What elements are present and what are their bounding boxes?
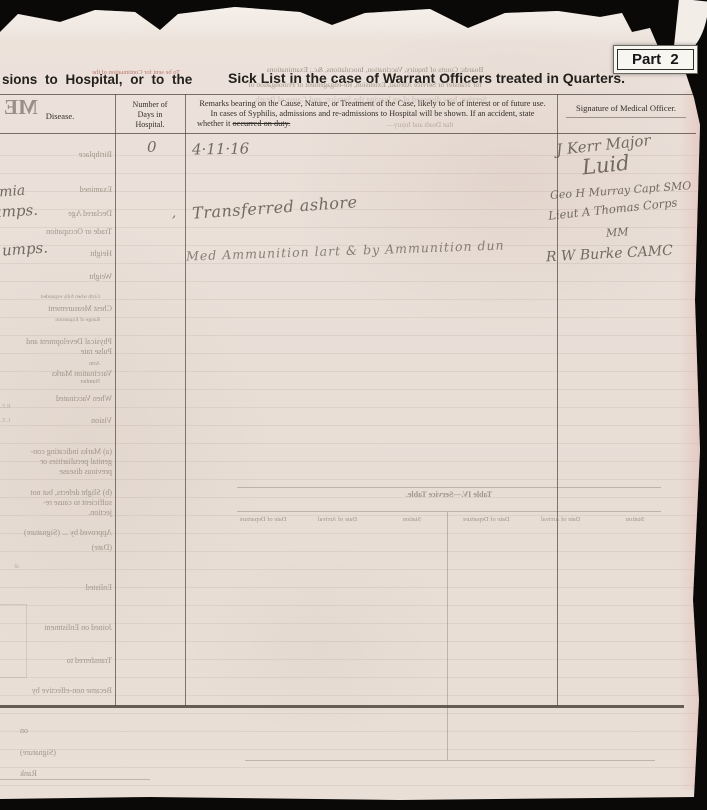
col-divider-days-remarks [185, 94, 186, 706]
verso-label: Chest Measurement [0, 304, 112, 313]
scanned-document: sions to Hospital, or to the Sick List i… [0, 0, 707, 810]
verso-label: Enlisted [0, 583, 112, 592]
verso-label: Number [0, 379, 100, 386]
days-column-header: Number of Days in Hospital. [124, 100, 176, 130]
verso-label: (b) Slight defects, but not [0, 488, 112, 497]
bleedthrough-vline [447, 512, 448, 760]
bleedthrough-line [237, 511, 661, 512]
table-top-border [0, 94, 696, 95]
verso-label: sufficient to cause re- [0, 498, 112, 507]
verso-label: Vaccination Marks [0, 369, 112, 378]
verso-label: Range of Expansion [0, 317, 100, 323]
bleedthrough-boards-line: Boards; Courts of Inquiry, Vaccination, … [225, 66, 525, 75]
verso-label: Height [0, 249, 112, 258]
verso-table-iv-col: Date of Departure [237, 516, 289, 524]
verso-label: (a) Marks indicating con- [0, 447, 112, 456]
verso-label: Approved by ... (Signature) [0, 528, 112, 537]
verso-label: (Date) [0, 543, 112, 552]
signature-header-underline [566, 117, 686, 118]
verso-label: Weight [0, 272, 112, 281]
bleedthrough-line [0, 779, 150, 780]
remarks-line3-prefix: whether it [197, 119, 232, 128]
signature-kerr-flourish: Luid [581, 151, 631, 180]
bleedthrough-transfer-line: for Transfer or Service Abroad, Extensio… [195, 81, 535, 90]
verso-label: genital peculiarities or [0, 457, 112, 466]
verso-label: Trade or Occupation [0, 227, 112, 236]
paper-edge-shading [679, 90, 703, 790]
verso-label: Girth when fully expanded [0, 294, 100, 300]
verso-table-iv-title: Table IV.—Service Table. [237, 490, 661, 499]
bleedthrough-death-line: that Death and Injury— [355, 121, 485, 129]
verso-label: Birthplace [0, 150, 112, 159]
verso-label: Became non-effective by [0, 686, 112, 695]
remarks-header-line3: whether it occurred on duty. [197, 119, 290, 129]
verso-label: Joined on Enlistment [0, 623, 112, 632]
bleedthrough-line [245, 760, 655, 761]
bleedthrough-line [237, 487, 661, 488]
verso-label: (Signature) [20, 748, 90, 757]
verso-fragment-le: L.E. [0, 418, 10, 425]
verso-table-iv-col: Date of Arrival [535, 516, 587, 524]
verso-table-iv-headers: Station Date of Arrival Date of Departur… [237, 516, 661, 524]
verso-table-iv-col: Date of Arrival [311, 516, 363, 524]
verso-label: Declared Age [0, 209, 112, 218]
verso-fragment-at: at [14, 562, 19, 570]
header-row-border [0, 133, 696, 134]
verso-label: Vision [0, 416, 112, 425]
col-divider-remarks-signature [557, 94, 558, 706]
col-divider-disease-days [115, 94, 116, 706]
disease-column-header: Disease. [20, 111, 100, 122]
verso-fragment-re: R.E. [0, 404, 11, 411]
verso-label: jection. [0, 508, 112, 517]
signature-column-header: Signature of Medical Officer. [560, 103, 692, 114]
bleedthrough-box-fragment [0, 604, 27, 678]
torn-top-highlight [0, 0, 707, 42]
remarks-line3-struck-text: occurred on duty. [232, 119, 290, 128]
verso-label: Physical Development and [0, 337, 112, 346]
verso-label: Arm [0, 361, 100, 368]
verso-table-iv-col: Station [609, 516, 661, 524]
verso-label: Rank [20, 769, 90, 778]
verso-table-iv-col: Date of Departure [460, 516, 512, 524]
date-handwritten: 4·11·16 [192, 140, 250, 159]
part-2-badge: Part 2 [613, 45, 698, 74]
remarks-header-line1: Remarks bearing on the Cause, Nature, or… [190, 99, 555, 109]
table-bottom-border [0, 705, 684, 708]
verso-label: When Vaccinated [0, 394, 112, 403]
signature-thomas-suffix: MM [606, 225, 629, 240]
comma-mark: , [172, 206, 176, 221]
verso-table-iv-col: Station [386, 516, 438, 524]
verso-label: on [20, 726, 90, 735]
remarks-header-line2: In cases of Syphilis, admissions and re-… [196, 109, 549, 119]
paper-sheet: sions to Hospital, or to the Sick List i… [0, 0, 707, 810]
verso-label: previous disease [0, 467, 112, 476]
verso-label: Transferred to [0, 656, 112, 665]
bleedthrough-red-note: To be sent for Continuation of the [88, 69, 184, 76]
part-2-label: Part 2 [617, 49, 694, 70]
days-value-handwritten: 0 [147, 138, 157, 156]
verso-label: Examined [0, 185, 112, 194]
verso-label: Pulse rate [0, 347, 112, 356]
